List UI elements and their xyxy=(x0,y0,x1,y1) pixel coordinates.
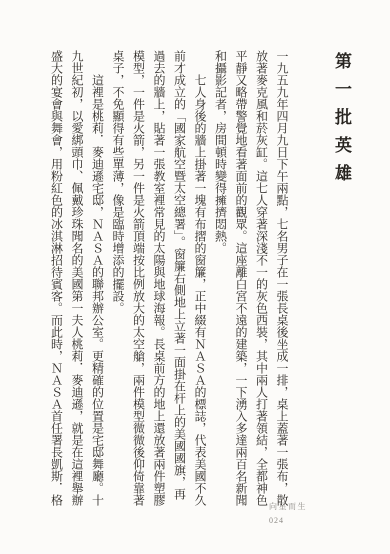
book-page: 第一批英雄 一九五九年四月九日下午兩點，七名男子在一張長桌後坐成一排，桌上蓋著一… xyxy=(0,0,390,554)
paragraph-3: 這裡是桃莉．麥迪遜宅邸，ＮＡＳＡ的聯邦辦公室。更精確的位置是宅邸舞廳。十九世紀初… xyxy=(46,50,108,506)
page-number: 024 xyxy=(269,516,307,525)
chapter-title: 第一批英雄 xyxy=(329,52,354,192)
paragraph-2: 七人身後的牆上掛著一塊有布摺的窗簾，正中綴有ＮＡＳＡ的標誌，代表美國不久前才成立… xyxy=(108,50,211,506)
running-book-title: 向星而生 xyxy=(269,502,307,512)
body-text: 一九五九年四月九日下午兩點，七名男子在一張長桌後坐成一排，桌上蓋著一張布，散放著… xyxy=(46,50,292,506)
page-footer: 向星而生 024 xyxy=(269,502,307,525)
paragraph-1: 一九五九年四月九日下午兩點，七名男子在一張長桌後坐成一排，桌上蓋著一張布，散放著… xyxy=(210,50,292,506)
